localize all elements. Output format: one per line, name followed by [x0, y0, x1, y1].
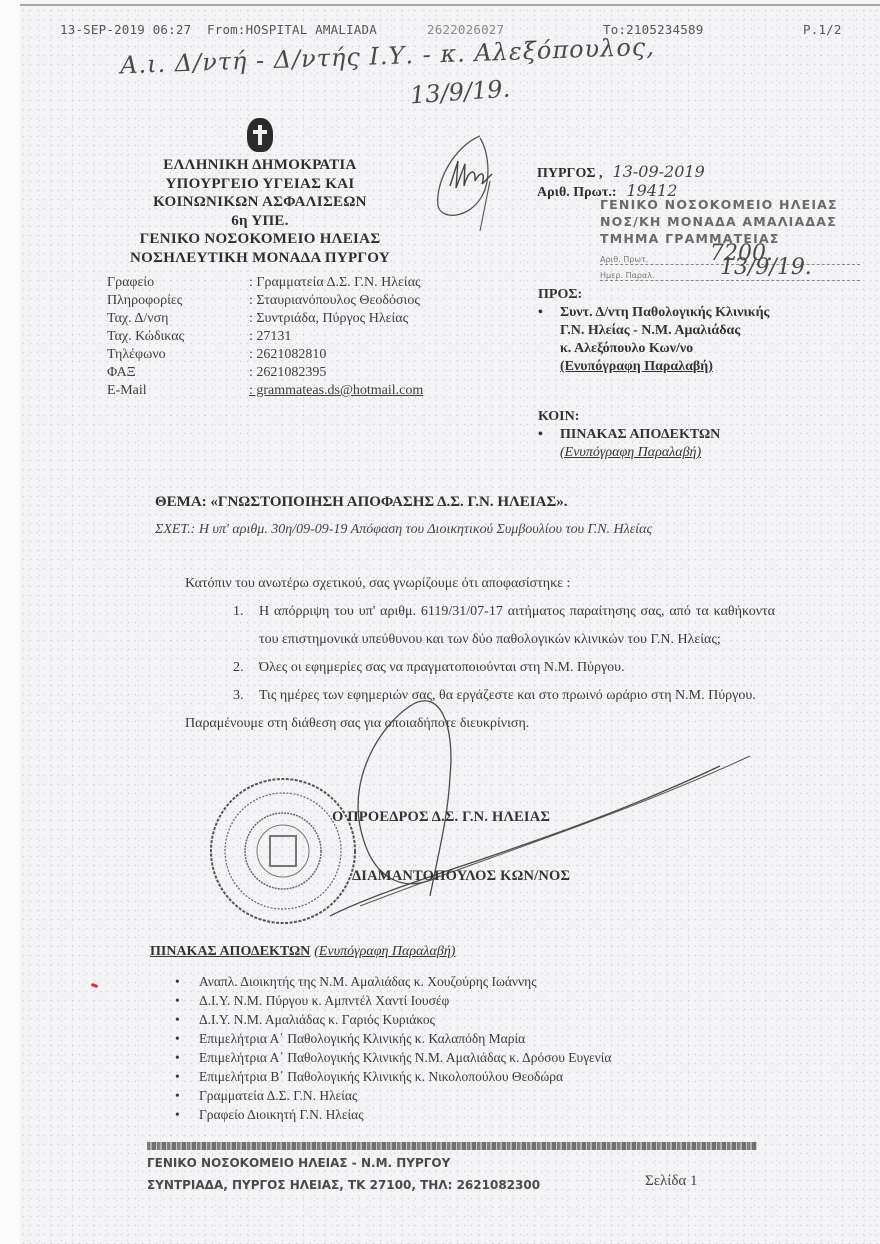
contact-value: : 2621082810: [249, 346, 326, 364]
contact-label: Πληροφορίες: [107, 292, 249, 310]
received-stamp: ΓΕΝΙΚΟ ΝΟΣΟΚΟΜΕΙΟ ΗΛΕΙΑΣ ΝΟΣ/ΚΗ ΜΟΝΑΔΑ Α…: [600, 196, 880, 283]
decision-item: 1. Η απόρριψη του υπ' αριθμ. 6119/31/07-…: [217, 598, 775, 654]
stamp-date-value: 13/9/19.: [720, 255, 812, 280]
fax-page-count: P.1/2: [803, 22, 842, 37]
distribution-item: Επιμελήτρια Β΄ Παθολογικής Κλινικής κ. Ν…: [175, 1067, 611, 1086]
subject-reference: ΣΧΕΤ.: Η υπ' αριθμ. 30η/09-09-19 Απόφαση…: [155, 522, 652, 538]
distribution-item: Επιμελήτρια Α΄ Παθολογικής Κλινικής κ. Κ…: [175, 1029, 611, 1048]
recipient-line: Συντ. Δ/ντη Παθολογικής Κλινικής: [560, 304, 769, 322]
stamp-line: ΓΕΝΙΚΟ ΝΟΣΟΚΟΜΕΙΟ ΗΛΕΙΑΣ: [600, 196, 880, 213]
greek-emblem-icon: [247, 118, 273, 152]
contact-row: Τηλέφωνο: 2621082810: [107, 346, 423, 364]
stamp-line: ΝΟΣ/ΚΗ ΜΟΝΑΔΑ ΑΜΑΛΙΑΔΑΣ: [600, 213, 880, 230]
fax-from: From:HOSPITAL AMALIADA: [207, 22, 377, 37]
contact-label: ΦΑΞ: [107, 364, 249, 382]
footer-address: ΓΕΝΙΚΟ ΝΟΣΟΚΟΜΕΙΟ ΗΛΕΙΑΣ - Ν.Μ. ΠΥΡΓΟΥ Σ…: [147, 1152, 540, 1196]
item-number: 2.: [233, 654, 244, 682]
distribution-item: Γραμματεία Δ.Σ. Γ.Ν. Ηλείας: [175, 1086, 611, 1105]
item-number: 3.: [233, 682, 244, 710]
fax-datetime: 13-SEP-2019 06:27: [60, 22, 191, 37]
contact-row: Γραφείο: Γραμματεία Δ.Σ. Γ.Ν. Ηλείας: [107, 274, 423, 292]
contact-label: Ταχ. Κώδικας: [107, 328, 249, 346]
to-label: ΠΡΟΣ:: [538, 286, 769, 304]
signatory-title: Ο ΠΡΟΕΔΡΟΣ Δ.Σ. Γ.Ν. ΗΛΕΙΑΣ: [332, 809, 550, 826]
cc-item: ΠΙΝΑΚΑΣ ΑΠΟΔΕΚΤΩΝ: [560, 426, 720, 444]
contact-info: Γραφείο: Γραμματεία Δ.Σ. Γ.Ν. Ηλείας Πλη…: [107, 274, 423, 400]
distribution-header: ΠΙΝΑΚΑΣ ΑΠΟΔΕΚΤΩΝ (Ενυπόγραφη Παραλαβή): [150, 942, 455, 960]
distribution-item: Επιμελήτρια Α΄ Παθολογικής Κλινικής Ν.Μ.…: [175, 1048, 611, 1067]
contact-value: : Συντριάδα, Πύργος Ηλείας: [249, 310, 408, 328]
footer-line-1: ΓΕΝΙΚΟ ΝΟΣΟΚΟΜΕΙΟ ΗΛΕΙΑΣ - Ν.Μ. ΠΥΡΓΟΥ: [147, 1152, 540, 1174]
distribution-item: Αναπλ. Διοικητής της Ν.Μ. Αμαλιάδας κ. Χ…: [175, 972, 611, 991]
subject-label: ΘΕΜΑ:: [155, 494, 207, 510]
letterhead-line: ΕΛΛΗΝΙΚΗ ΔΗΜΟΚΡΑΤΙΑ: [120, 156, 400, 175]
email-link[interactable]: : grammateas.ds@hotmail.com: [249, 382, 423, 400]
handwritten-signature: [420, 126, 520, 236]
scan-margin: [0, 0, 20, 1244]
contact-row: ΦΑΞ: 2621082395: [107, 364, 423, 382]
recipients-to: ΠΡΟΣ: Συντ. Δ/ντη Παθολογικής Κλινικής Γ…: [538, 286, 769, 376]
handwritten-date: 13/9/19.: [409, 75, 511, 110]
contact-value: : Σταυριανόπουλος Θεοδόσιος: [249, 292, 420, 310]
contact-value: : 2621082395: [249, 364, 326, 382]
page-number: Σελίδα 1: [645, 1173, 698, 1190]
document-date: 13-09-2019: [613, 162, 705, 181]
item-number: 1.: [233, 598, 244, 626]
signatory-name: ΔΙΑΜΑΝΤΟΠΟΥΛΟΣ ΚΩΝ/ΝΟΣ: [352, 868, 570, 885]
letterhead-line: ΓΕΝΙΚΟ ΝΟΣΟΚΟΜΕΙΟ ΗΛΕΙΑΣ: [120, 230, 400, 249]
fax-page: 13-SEP-2019 06:27 From:HOSPITAL AMALIADA…: [20, 4, 880, 1244]
recipients-cc: ΚΟΙΝ: ΠΙΝΑΚΑΣ ΑΠΟΔΕΚΤΩΝ (Ενυπόγραφη Παρα…: [538, 408, 720, 462]
contact-label: Ταχ. Δ/νση: [107, 310, 249, 328]
contact-label: Τηλέφωνο: [107, 346, 249, 364]
distribution-item: Δ.Ι.Υ. Ν.Μ. Πύργου κ. Αμπντέλ Χαντί Ιουσ…: [175, 991, 611, 1010]
handwritten-note: Α.ι. Δ/ντή - Δ/ντής Ι.Υ. - κ. Αλεξόπουλο…: [120, 33, 656, 80]
body-intro: Κατόπιν του ανωτέρω σχετικού, σας γνωρίζ…: [185, 570, 775, 598]
contact-value: : 27131: [249, 328, 291, 346]
letterhead: ΕΛΛΗΝΙΚΗ ΔΗΜΟΚΡΑΤΙΑ ΥΠΟΥΡΓΕΙΟ ΥΓΕΙΑΣ ΚΑΙ…: [120, 156, 400, 267]
distribution-list: Αναπλ. Διοικητής της Ν.Μ. Αμαλιάδας κ. Χ…: [175, 972, 611, 1124]
place-label: ΠΥΡΓΟΣ ,: [537, 166, 603, 181]
recipient-note: (Ενυπόγραφη Παραλαβή): [560, 358, 769, 376]
distribution-item: Γραφείο Διοικητή Γ.Ν. Ηλείας: [175, 1105, 611, 1124]
red-pen-mark: [91, 983, 99, 988]
distribution-note: (Ενυπόγραφη Παραλαβή): [314, 944, 455, 959]
contact-row: Πληροφορίες: Σταυριανόπουλος Θεοδόσιος: [107, 292, 423, 310]
letterhead-line: ΝΟΣΗΛΕΥΤΙΚΗ ΜΟΝΑΔΑ ΠΥΡΓΟΥ: [120, 249, 400, 268]
distribution-item: Δ.Ι.Υ. Ν.Μ. Αμαλιάδας κ. Γαριός Κυριάκος: [175, 1010, 611, 1029]
contact-row: E-Mail: grammateas.ds@hotmail.com: [107, 382, 423, 400]
fax-from-number: 2622026027: [427, 22, 504, 37]
contact-label: Γραφείο: [107, 274, 249, 292]
contact-value: : Γραμματεία Δ.Σ. Γ.Ν. Ηλείας: [249, 274, 421, 292]
footer-line-2: ΣΥΝΤΡΙΑΔΑ, ΠΥΡΓΟΣ ΗΛΕΙΑΣ, ΤΚ 27100, ΤΗΛ:…: [147, 1174, 540, 1196]
to-recipient: Συντ. Δ/ντη Παθολογικής Κλινικής Γ.Ν. Ηλ…: [538, 304, 769, 376]
recipient-line: κ. Αλεξόπουλο Κων/νο: [560, 340, 769, 358]
cc-recipient: ΠΙΝΑΚΑΣ ΑΠΟΔΕΚΤΩΝ (Ενυπόγραφη Παραλαβή): [538, 426, 720, 462]
subject-text: «ΓΝΩΣΤΟΠΟΙΗΣΗ ΑΠΟΦΑΣΗΣ Δ.Σ. Γ.Ν. ΗΛΕΙΑΣ»…: [210, 494, 567, 510]
distribution-title: ΠΙΝΑΚΑΣ ΑΠΟΔΕΚΤΩΝ: [150, 944, 310, 959]
letterhead-line: ΚΟΙΝΩΝΙΚΩΝ ΑΣΦΑΛΙΣΕΩΝ: [120, 193, 400, 212]
contact-row: Ταχ. Κώδικας: 27131: [107, 328, 423, 346]
contact-row: Ταχ. Δ/νση: Συντριάδα, Πύργος Ηλείας: [107, 310, 423, 328]
item-text: Η απόρριψη του υπ' αριθμ. 6119/31/07-17 …: [259, 598, 775, 654]
signature-scribble: [290, 666, 790, 926]
letterhead-line: ΥΠΟΥΡΓΕΙΟ ΥΓΕΙΑΣ ΚΑΙ: [120, 175, 400, 194]
contact-label: E-Mail: [107, 382, 249, 400]
subject-line: ΘΕΜΑ: «ΓΝΩΣΤΟΠΟΙΗΣΗ ΑΠΟΦΑΣΗΣ Δ.Σ. Γ.Ν. Η…: [155, 494, 568, 511]
letterhead-line: 6η ΥΠΕ.: [120, 212, 400, 231]
footer-rule: [147, 1142, 757, 1150]
cc-note: (Ενυπόγραφη Παραλαβή): [560, 444, 720, 462]
recipient-line: Γ.Ν. Ηλείας - Ν.Μ. Αμαλιάδας: [560, 322, 769, 340]
cc-label: ΚΟΙΝ:: [538, 408, 720, 426]
